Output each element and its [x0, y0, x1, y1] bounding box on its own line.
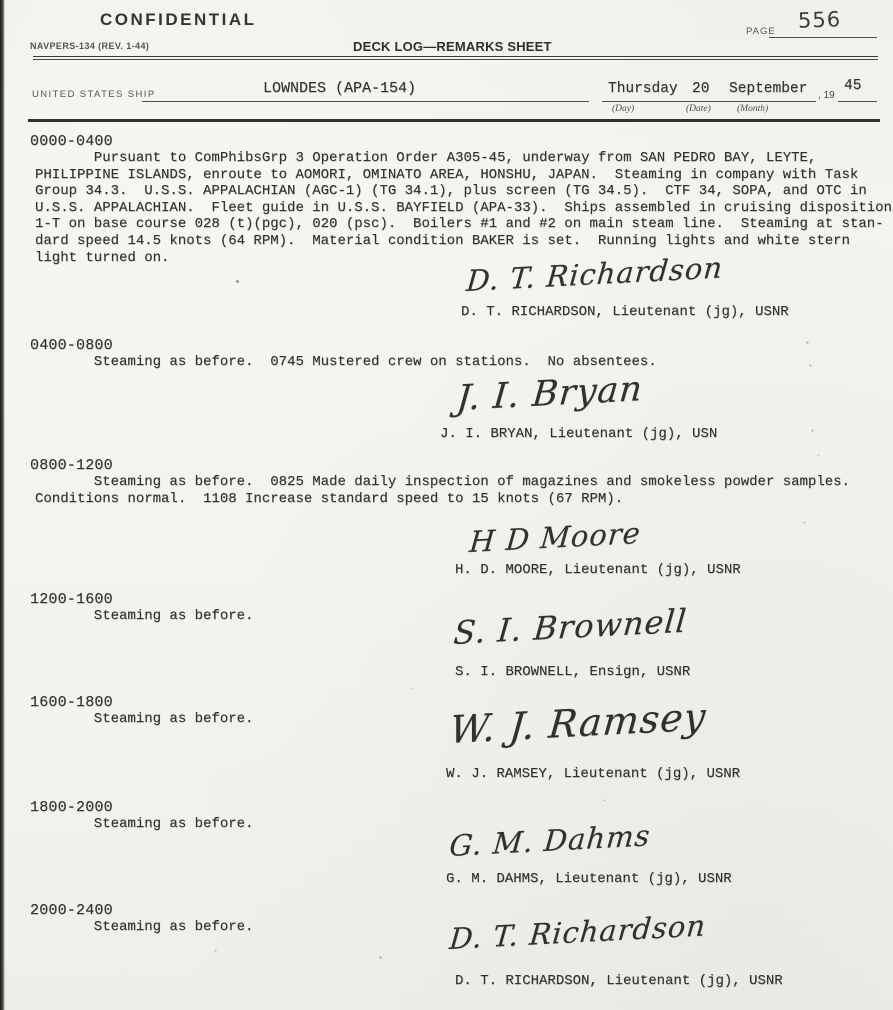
entry-remarks: Steaming as before.: [35, 816, 253, 833]
header-rule-heavy: [28, 119, 880, 122]
entry-remarks: Steaming as before.: [35, 711, 253, 728]
date-month-value: September: [729, 81, 807, 97]
signature-typed: D. T. RICHARDSON, Lieutenant (jg), USNR: [461, 304, 789, 320]
signature-handwritten: J. I. Bryan: [455, 369, 645, 419]
entry-time-range: 0400-0800: [30, 337, 113, 354]
date-field-label: (Date): [686, 104, 711, 114]
signature-handwritten: H D Moore: [468, 516, 642, 559]
signature-typed: S. I. BROWNELL, Ensign, USNR: [455, 664, 690, 680]
signature-typed: W. J. RAMSEY, Lieutenant (jg), USNR: [446, 766, 740, 782]
entry-time-range: 1600-1800: [30, 694, 113, 711]
date-day-value: Thursday: [608, 81, 678, 97]
classification-banner: CONFIDENTIAL: [100, 10, 257, 30]
entry-time-range: 1200-1600: [30, 591, 113, 608]
entry-time-range: 2000-2400: [30, 902, 113, 919]
scan-specks-artifact: [0, 0, 1, 1]
form-number: NAVPERS-134 (REV. 1-44): [30, 41, 149, 51]
entry-remarks: Steaming as before. 0745 Mustered crew o…: [35, 354, 657, 371]
ship-name: LOWNDES (APA-154): [263, 80, 416, 97]
signature-typed: H. D. MOORE, Lieutenant (jg), USNR: [455, 562, 741, 578]
year-prefix: , 19: [818, 90, 835, 101]
page-underline: [769, 37, 877, 38]
entry-time-range: 0800-1200: [30, 457, 113, 474]
signature-handwritten: G. M. Dahms: [448, 818, 652, 863]
date-date-value: 20: [692, 81, 709, 97]
entry-time-range: 1800-2000: [30, 799, 113, 816]
scan-edge-artifact: [0, 0, 5, 1010]
day-field-label: (Day): [612, 104, 634, 114]
header-rule-double: [33, 56, 878, 60]
entry-remarks: Steaming as before.: [35, 608, 253, 625]
signature-handwritten: S. I. Brownell: [452, 602, 689, 652]
entry-remarks: Steaming as before.: [35, 919, 253, 936]
entry-remarks: Steaming as before. 0825 Made daily insp…: [35, 474, 850, 507]
entry-time-range: 0000-0400: [30, 133, 113, 150]
ship-label: UNITED STATES SHIP: [32, 89, 156, 100]
signature-typed: G. M. DAHMS, Lieutenant (jg), USNR: [446, 871, 732, 887]
date-year-value: 45: [844, 78, 861, 94]
entry-remarks: Pursuant to ComPhibsGrp 3 Operation Orde…: [35, 150, 892, 266]
month-field-label: (Month): [737, 104, 768, 114]
deck-log-sheet: CONFIDENTIAL PAGE 556 NAVPERS-134 (REV. …: [0, 0, 893, 1010]
page-label: PAGE: [746, 26, 776, 37]
signature-handwritten: W. J. Ramsey: [448, 694, 708, 752]
signature-typed: J. I. BRYAN, Lieutenant (jg), USN: [440, 426, 717, 442]
signature-handwritten: D. T. Richardson: [448, 908, 708, 956]
date-underline: [602, 101, 816, 102]
form-title: DECK LOG—REMARKS SHEET: [353, 39, 552, 54]
ship-underline: [142, 101, 589, 102]
signature-typed: D. T. RICHARDSON, Lieutenant (jg), USNR: [455, 973, 783, 989]
page-number: 556: [798, 7, 842, 32]
year-underline: [838, 101, 877, 102]
